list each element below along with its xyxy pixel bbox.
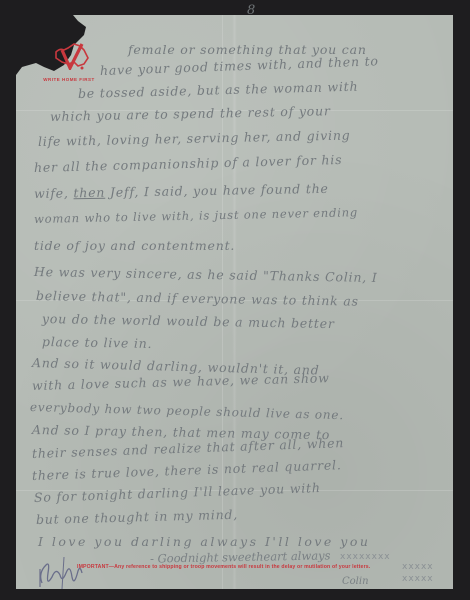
australia-v-icon	[48, 40, 93, 70]
underlined-word: then	[73, 185, 105, 201]
letterhead-logo: WRITE HOME FIRST	[28, 30, 98, 85]
kisses-row: xxxxxxxx	[340, 552, 391, 562]
signature: Colin	[342, 576, 369, 587]
letter-line: tide of joy and contentment.	[34, 238, 235, 253]
kisses-row: xxxxx	[402, 562, 434, 572]
letter-line: I love you darling always I'll love you	[38, 534, 370, 549]
kisses-row: xxxxx	[402, 574, 434, 584]
page-number: 8	[247, 3, 255, 18]
letter-line-part: wife,	[34, 185, 74, 201]
letterhead-slogan: WRITE HOME FIRST	[28, 77, 110, 82]
important-notice: IMPORTANT—Any reference to shipping or t…	[77, 564, 370, 570]
censor-signature-icon	[34, 553, 84, 593]
letter-line: place to live in.	[42, 334, 153, 351]
